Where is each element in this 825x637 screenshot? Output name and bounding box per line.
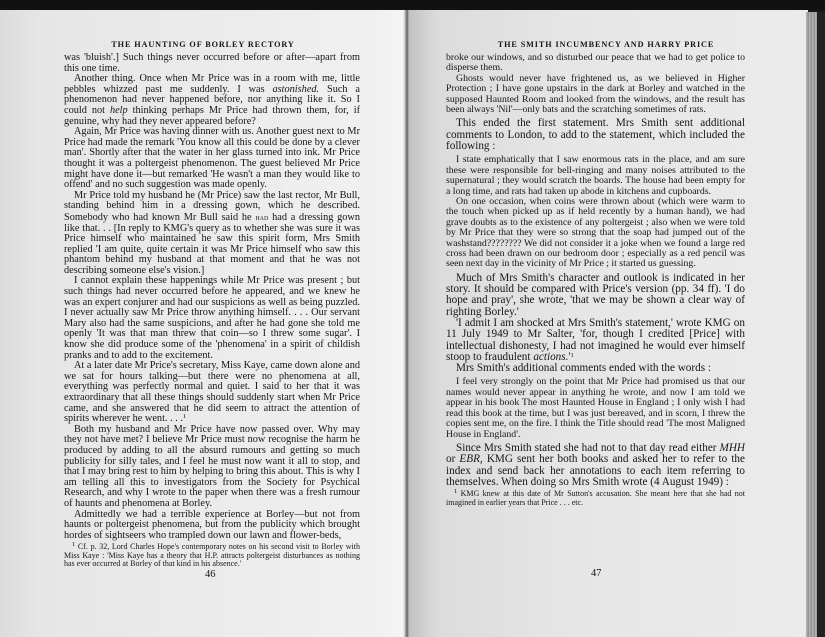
running-head-right: THE SMITH INCUMBENCY AND HARRY PRICE (416, 40, 796, 49)
left-page-body: was 'bluish'.] Such things never occurre… (64, 53, 360, 569)
paragraph: Both my husband and Mr Price have now pa… (64, 425, 360, 510)
right-page-body: broke our windows, and so disturbed our … (446, 53, 745, 507)
footnote: 1 Cf. p. 32, Lord Charles Hope's contemp… (64, 543, 360, 568)
footnote: 1 KMG knew at this date of Mr Sutton's a… (446, 490, 745, 507)
footnote-marker: 1 (72, 541, 75, 548)
running-head-left: THE HAUNTING OF BORLEY RECTORY (13, 40, 393, 49)
paragraph: 'I admit I am shocked at Mrs Smith's sta… (446, 318, 745, 363)
paragraph: Since Mrs Smith stated she had not to th… (446, 443, 745, 488)
right-page: THE SMITH INCUMBENCY AND HARRY PRICE bro… (410, 10, 808, 637)
footnote-marker: 1 (183, 413, 186, 420)
quoted-paragraph: On one occasion, when coins were thrown … (446, 197, 745, 270)
quoted-paragraph: I feel very strongly on the point that M… (446, 377, 745, 439)
page-number-right: 47 (591, 568, 602, 579)
paragraph: Another thing. Once when Mr Price was in… (64, 74, 360, 127)
paragraph: Admittedly we had a terrible experience … (64, 510, 360, 542)
quoted-paragraph: broke our windows, and so disturbed our … (446, 53, 745, 74)
left-page: THE HAUNTING OF BORLEY RECTORY was 'blui… (0, 10, 405, 637)
quoted-paragraph: Ghosts would never have frightened us, a… (446, 74, 745, 116)
paragraph: This ended the first statement. Mrs Smit… (446, 118, 745, 152)
footnote-marker: 1 (454, 488, 457, 495)
paragraph: Much of Mrs Smith's character and outloo… (446, 273, 745, 318)
paragraph: I cannot explain these happenings while … (64, 276, 360, 361)
paragraph: At a later date Mr Price's secretary, Mi… (64, 361, 360, 425)
page-number-left: 46 (205, 569, 216, 580)
paragraph: Mrs Smith's additional comments ended wi… (446, 363, 745, 374)
paragraph: Again, Mr Price was having dinner with u… (64, 127, 360, 191)
stacked-page-edges (806, 12, 825, 637)
paragraph: Mr Price told my husband he (Mr Price) s… (64, 191, 360, 277)
quoted-paragraph: I state emphatically that I saw enormous… (446, 155, 745, 197)
footnote-marker: 1 (570, 352, 573, 359)
paragraph: was 'bluish'.] Such things never occurre… (64, 53, 360, 74)
scan-top-border (0, 0, 825, 10)
